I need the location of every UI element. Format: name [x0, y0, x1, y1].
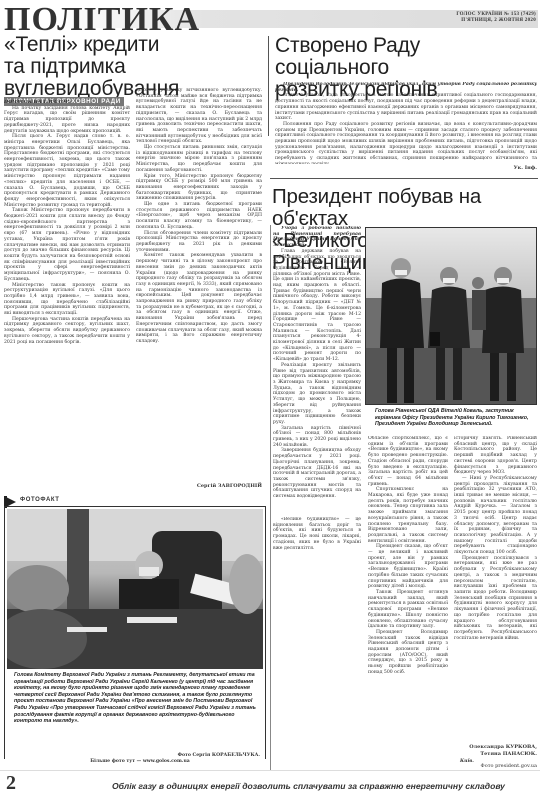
photo-credit: Фото president.gov.ua — [454, 764, 537, 770]
article-signature-2: Тетяна ПАНАСЮК. — [454, 752, 537, 758]
paragraph: Також Міністерство пропонує передбачити … — [4, 208, 130, 282]
article-lead: Президент Володимир Зеленський підписав … — [275, 82, 537, 93]
paragraph: ділового розвитку вітчизняного вуглевидо… — [136, 88, 262, 145]
paragraph: На початку засідання голова комітету Анд… — [4, 106, 130, 135]
page-number: 2 — [6, 772, 16, 795]
headline-line: Президент побував на об'єктах — [272, 186, 538, 230]
paragraph: Президент сказав, що об'єкт — це великий… — [368, 544, 448, 590]
section-divider — [270, 178, 538, 179]
photofact-caption: Голова Комітету Верховної Ради України з… — [14, 672, 260, 725]
paragraph: Реалізація проєкту звільнить Рівне від т… — [273, 363, 361, 426]
photofact-label: ФОТОФАКТ — [20, 497, 60, 503]
paragraph: «Велике будівництво» — це відновлення ба… — [273, 517, 361, 551]
paragraph: Обласне спорткомплекс, що є одним із об'… — [368, 436, 448, 487]
paragraph: Президент Володимир Зеленський також від… — [368, 630, 448, 676]
committee-meeting-photo — [7, 509, 263, 669]
paragraph: Після цього А. Герус надав слово т. в. о… — [4, 134, 130, 208]
headline-line: Створено Раду соціального — [275, 35, 537, 79]
column-divider — [268, 36, 269, 136]
paragraph: Першочергова частина коштів передбачена … — [4, 317, 130, 346]
article-column-2: ділового розвитку вітчизняного вуглевидо… — [136, 88, 262, 463]
paragraph: Спорткомплекс на Макарова, які буде уже … — [368, 487, 448, 544]
paragraph: Комітет також рекомендував ухвалити в пе… — [136, 253, 262, 344]
article-credit: Ук. Інф. — [275, 166, 537, 172]
paragraph: Завершення будівництва обходу передбачає… — [273, 448, 361, 499]
section-rubric: ПОЛІТИКА — [4, 5, 200, 35]
paragraph: історичну пам'ять. Рівненський обласний … — [454, 436, 537, 476]
article-column-narrow: Учора з робочою поїздкою на Рівненщині п… — [273, 226, 361, 516]
article-signature-1: Олександра КУРКОВА, — [454, 745, 537, 751]
article-column-mid: Обласне спорткомплекс, що є одним із об'… — [368, 436, 448, 769]
president-visit-photo — [365, 227, 537, 405]
page-header: ПОЛІТИКА ГОЛОС УКРАЇНИ № 153 (7429) П'ЯТ… — [0, 0, 540, 30]
photo-credit: Фото Сергія КОРАБЕЛЬЧУКА. — [14, 753, 260, 758]
paragraph: Що стосується питань ринкових змін, ситу… — [136, 145, 262, 174]
column-divider — [270, 225, 271, 770]
article-column-1: ПОЧАТОК НА 1-Й СТОР На початку засідання… — [4, 100, 130, 465]
paragraph: Міністерство також пропонує кошти на рес… — [4, 283, 130, 317]
masthead: ГОЛОС УКРАЇНИ № 153 (7429) П'ЯТНИЦЯ, 2 Ж… — [456, 12, 536, 24]
footer-slogan: Облік газу в одиницях енергії дозволить … — [112, 781, 505, 791]
paragraph: Загальна вартість північної об'їзної — п… — [273, 426, 361, 449]
article-body: Президент Володимир Зеленський підписав … — [275, 82, 537, 164]
masthead-date: П'ЯТНИЦЯ, 2 ЖОВТНЯ 2020 — [456, 18, 536, 24]
paragraph: Згідно з указом, Рада утворюється з мето… — [275, 93, 537, 122]
article-column-right: історичну пам'ять. Рівненський обласний … — [454, 436, 537, 716]
paragraph: Глава держави побував на найбільших об'є… — [273, 249, 361, 363]
paragraph: Президент поспілкувався з ветеранами, як… — [454, 556, 537, 642]
headline-line: «Теплі» кредити — [4, 34, 266, 56]
paragraph: Положення про Раду соціального розвитку … — [275, 122, 537, 164]
article-lead: Учора з робочою поїздкою на Рівненщині п… — [273, 226, 361, 249]
article-signature: Сергій ЗАВГОРОДНІЙ — [136, 484, 262, 490]
paragraph: — Нині у Республіканському центрі проход… — [454, 476, 537, 556]
article-column-narrow-cont: «Велике будівництво» — це відновлення ба… — [273, 517, 361, 769]
more-photos-link[interactable]: Більше фото тут — www.golos.com.ua — [40, 759, 240, 764]
paragraph: Ще одне з питань бюджетної програми стос… — [136, 202, 262, 231]
paragraph: Після обговорення члени комітету підтрим… — [136, 231, 262, 254]
photo-caption: Голова Рівненської ОДА Віталій Коваль, з… — [375, 408, 535, 428]
paragraph: Крім того, Міністерство пропонує бюджетн… — [136, 174, 262, 203]
paragraph: Також Президент оглянув навчальний закла… — [368, 590, 448, 630]
